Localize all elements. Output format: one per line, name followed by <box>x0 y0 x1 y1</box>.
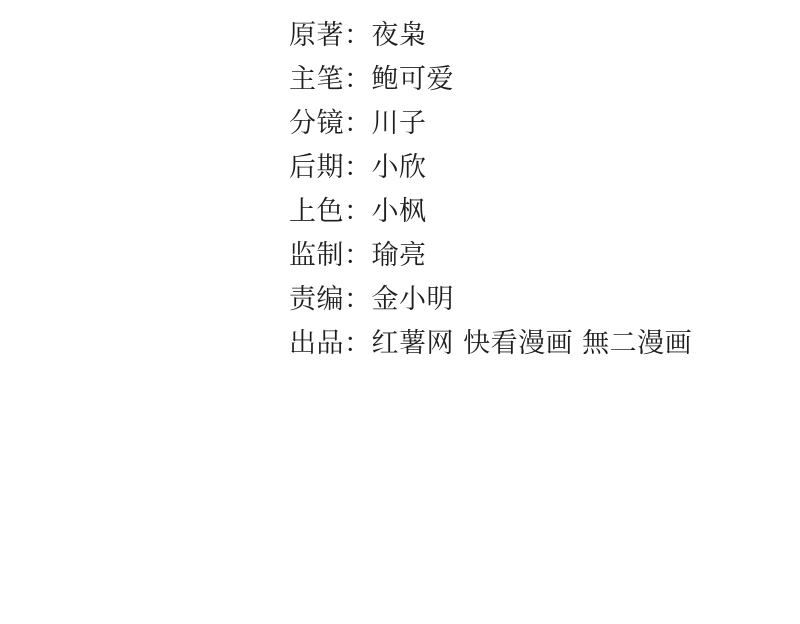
credits-block: 原著：夜枭 主笔：鲍可爱 分镜：川子 后期：小欣 上色：小枫 监制：瑜亮 责编：… <box>289 14 692 366</box>
credit-value: 鲍可爱 <box>372 58 455 102</box>
credits-page: 原著：夜枭 主笔：鲍可爱 分镜：川子 后期：小欣 上色：小枫 监制：瑜亮 责编：… <box>0 0 800 624</box>
credit-label: 监制： <box>289 234 372 278</box>
credit-label: 责编： <box>289 278 372 322</box>
credit-label: 上色： <box>289 190 372 234</box>
credit-value: 小欣 <box>372 146 427 190</box>
credit-label: 出品： <box>289 322 372 366</box>
credit-value: 瑜亮 <box>372 234 427 278</box>
credit-label: 后期： <box>289 146 372 190</box>
credit-row-lead-artist: 主笔：鲍可爱 <box>289 58 692 102</box>
credit-row-editor: 责编：金小明 <box>289 278 692 322</box>
credit-label: 主笔： <box>289 58 372 102</box>
credit-row-publisher: 出品：红薯网 快看漫画 無二漫画 <box>289 322 692 366</box>
credit-label: 分镜： <box>289 102 372 146</box>
credit-row-post-production: 后期：小欣 <box>289 146 692 190</box>
credit-value: 夜枭 <box>372 14 427 58</box>
credit-value: 小枫 <box>372 190 427 234</box>
credit-value: 金小明 <box>372 278 455 322</box>
credit-value: 川子 <box>372 102 427 146</box>
credit-row-storyboard: 分镜：川子 <box>289 102 692 146</box>
credit-label: 原著： <box>289 14 372 58</box>
credit-value: 红薯网 快看漫画 無二漫画 <box>372 322 693 366</box>
credit-row-coloring: 上色：小枫 <box>289 190 692 234</box>
credit-row-original-author: 原著：夜枭 <box>289 14 692 58</box>
credit-row-supervisor: 监制：瑜亮 <box>289 234 692 278</box>
